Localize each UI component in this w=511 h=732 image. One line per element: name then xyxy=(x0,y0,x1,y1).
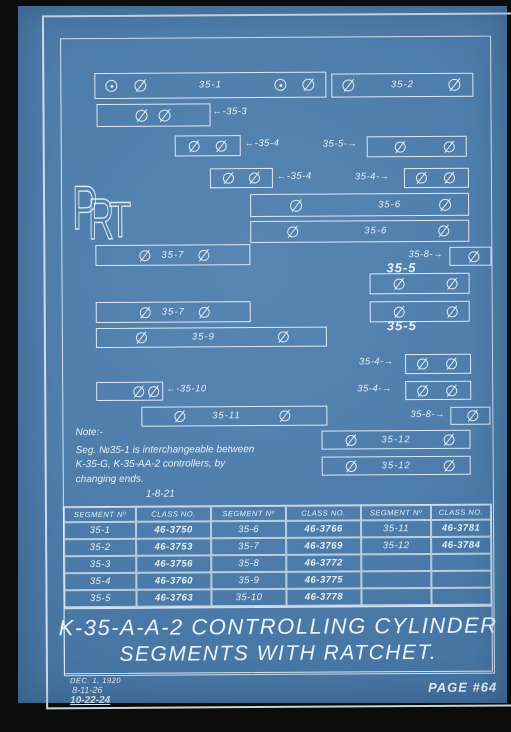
segment-callout-label: 35-4-→ xyxy=(357,383,392,394)
segment-bar-35-12: 35-12 xyxy=(322,456,471,476)
segment-callout-label: 35-5 xyxy=(386,260,416,275)
hole-slash-icon xyxy=(443,141,454,152)
hole-slash-icon xyxy=(393,278,404,289)
class-no-cell: 46-3766 xyxy=(286,520,361,537)
segment-no-cell: 35-3 xyxy=(64,556,136,573)
class-no-cell: 46-3756 xyxy=(136,555,211,572)
segment-class-table: SEGMENT NºCLASS NO.SEGMENT NºCLASS NO.SE… xyxy=(63,504,493,609)
hole-slash-icon xyxy=(135,109,147,121)
segment-bar-35-2: 35-2 xyxy=(331,73,473,98)
segment-bar xyxy=(370,273,470,295)
drawing-title-line2: SEGMENTS WITH RATCHET. xyxy=(119,641,437,667)
drawing-area: P R T 35-135-235-635-635-735-735-935-113… xyxy=(16,5,509,705)
segment-number-label: 35-7 xyxy=(96,249,249,261)
segment-bar xyxy=(405,354,471,374)
segment-callout-label: ←-35-10 xyxy=(166,383,207,394)
hole-slash-icon xyxy=(248,173,259,184)
segment-bar-35-9: 35-9 xyxy=(96,327,327,348)
segment-no-cell: 35-10 xyxy=(211,589,286,606)
segment-callout-label: 35-8-→ xyxy=(408,249,443,260)
diagram-layer: 35-135-235-635-635-735-735-935-1135-1235… xyxy=(16,5,505,8)
revision-dates: DEC. 1, 1920 8-11-26 10-22-24 xyxy=(70,676,121,705)
segment-number-label: 35-7 xyxy=(97,306,250,318)
segment-bar xyxy=(96,382,163,401)
note-heading: Note:- xyxy=(75,425,305,441)
table-header-cell: CLASS NO. xyxy=(286,505,361,520)
table-header-cell: CLASS NO. xyxy=(136,506,211,521)
segment-bar-35-12: 35-12 xyxy=(321,430,470,450)
class-no-cell: 46-3760 xyxy=(136,572,211,589)
revision-date: 8-11-26 xyxy=(72,686,121,695)
hole-slash-icon xyxy=(158,109,170,121)
class-no-cell: 46-3763 xyxy=(136,589,211,606)
segment-no-cell: 35-8 xyxy=(211,555,286,572)
note-line: changing ends. xyxy=(76,471,306,487)
note-date: 1-8-21 xyxy=(146,487,306,502)
segment-bar xyxy=(370,301,470,323)
revision-date: DEC. 1, 1920 xyxy=(70,676,121,685)
segment-callout-label: 35-5 xyxy=(387,318,417,333)
class-no-cell: 46-3781 xyxy=(431,520,491,537)
class-no-cell: 46-3778 xyxy=(286,588,361,605)
segment-no-cell: 35-1 xyxy=(64,522,136,539)
drawing-title-line1: K-35-A-A-2 CONTROLLING CYLINDER xyxy=(59,613,498,642)
hole-slash-icon xyxy=(148,386,159,397)
hole-slash-icon xyxy=(446,385,457,396)
segment-bar xyxy=(96,103,210,127)
segment-no-cell: 35-4 xyxy=(64,573,136,590)
segment-bar xyxy=(405,381,471,400)
segment-callout-label: ←-35-3 xyxy=(212,106,247,117)
class-no-cell xyxy=(431,554,491,571)
segment-no-cell: 35-7 xyxy=(211,538,286,555)
segment-number-label: 35-9 xyxy=(89,331,318,343)
class-no-cell: 46-3784 xyxy=(431,537,491,554)
hole-slash-icon xyxy=(467,410,478,421)
segment-number-label: 35-11 xyxy=(134,410,318,422)
segment-callout-label: 35-4-→ xyxy=(355,171,390,182)
table-header-cell: SEGMENT Nº xyxy=(64,507,136,522)
segment-bar-35-6: 35-6 xyxy=(250,193,469,217)
segment-no-cell xyxy=(361,554,431,571)
segment-no-cell: 35-9 xyxy=(211,572,286,589)
revision-date: 10-22-24 xyxy=(70,696,121,705)
hole-slash-icon xyxy=(222,173,233,184)
note-line: Seg. №35-1 is interchangeable between xyxy=(76,442,306,458)
hole-slash-icon xyxy=(415,172,426,183)
blueprint-scan: P R T 35-135-235-635-635-735-735-935-113… xyxy=(0,0,511,732)
segment-number-label: 35-12 xyxy=(322,433,469,445)
segment-no-cell xyxy=(361,571,431,588)
table-header-cell: SEGMENT Nº xyxy=(211,506,286,521)
segment-bar-35-11: 35-11 xyxy=(141,406,327,427)
segment-bar-35-6: 35-6 xyxy=(250,220,469,243)
hole-slash-icon xyxy=(393,306,404,317)
hole-slash-icon xyxy=(215,140,226,151)
segment-no-cell: 35-12 xyxy=(361,537,431,554)
hole-slash-icon xyxy=(446,306,457,317)
segment-callout-label: ←-35-4 xyxy=(277,171,312,182)
segment-no-cell: 35-11 xyxy=(361,520,431,537)
class-no-cell xyxy=(431,571,491,588)
segment-number-label: 35-12 xyxy=(323,459,470,471)
table-header-cell: CLASS NO. xyxy=(431,505,491,520)
segment-bar xyxy=(210,168,273,188)
segment-no-cell: 35-5 xyxy=(64,590,136,607)
page-number: PAGE #64 xyxy=(428,680,497,695)
segment-no-cell xyxy=(361,588,431,605)
hole-slash-icon xyxy=(417,385,428,396)
segment-callout-label: 35-8-→ xyxy=(410,409,445,420)
class-no-cell: 46-3769 xyxy=(286,537,361,554)
segment-bar xyxy=(367,136,467,158)
segment-bar-35-7: 35-7 xyxy=(96,301,251,323)
logo-letter-t: T xyxy=(109,193,131,243)
segment-no-cell: 35-6 xyxy=(211,521,286,538)
note-line: K-35-G, K-35-AA-2 controllers, by xyxy=(76,457,306,473)
class-no-cell: 46-3753 xyxy=(136,538,211,555)
segment-callout-label: 35-4-→ xyxy=(359,356,394,367)
segment-number-label: 35-6 xyxy=(281,198,498,210)
segment-callout-label: ←-35-4 xyxy=(245,138,280,149)
hole-slash-icon xyxy=(417,358,428,369)
segment-number-label: 35-2 xyxy=(332,79,472,91)
title-box: K-35-A-A-2 CONTROLLING CYLINDER SEGMENTS… xyxy=(64,606,493,675)
segment-bar xyxy=(404,168,469,188)
class-no-cell xyxy=(431,588,491,605)
class-no-cell: 46-3772 xyxy=(286,554,361,571)
hole-slash-icon xyxy=(443,172,454,183)
segment-bar-35-7: 35-7 xyxy=(95,244,250,266)
segment-number-label: 35-1 xyxy=(95,79,325,91)
note-block: Note:- Seg. №35-1 is interchangeable bet… xyxy=(75,425,305,503)
segment-callout-label: 35-5-→ xyxy=(323,138,358,149)
blueprint-paper: P R T 35-135-235-635-635-735-735-935-113… xyxy=(18,6,507,703)
segment-bar xyxy=(450,407,490,425)
prt-monogram-logo: P R T xyxy=(71,173,145,243)
segment-no-cell: 35-2 xyxy=(64,539,136,556)
hole-slash-icon xyxy=(446,278,457,289)
hole-slash-icon xyxy=(133,386,144,397)
hole-slash-icon xyxy=(446,358,457,369)
hole-slash-icon xyxy=(188,140,199,151)
segment-bar xyxy=(175,135,241,156)
table-header-cell: SEGMENT Nº xyxy=(361,505,431,520)
hole-slash-icon xyxy=(394,141,405,152)
class-no-cell: 46-3775 xyxy=(286,571,361,588)
segment-number-label: 35-6 xyxy=(267,225,484,237)
segment-bar-35-1: 35-1 xyxy=(94,72,326,99)
hole-slash-icon xyxy=(468,251,479,262)
class-no-cell: 46-3750 xyxy=(136,521,211,538)
segment-bar xyxy=(449,247,491,266)
